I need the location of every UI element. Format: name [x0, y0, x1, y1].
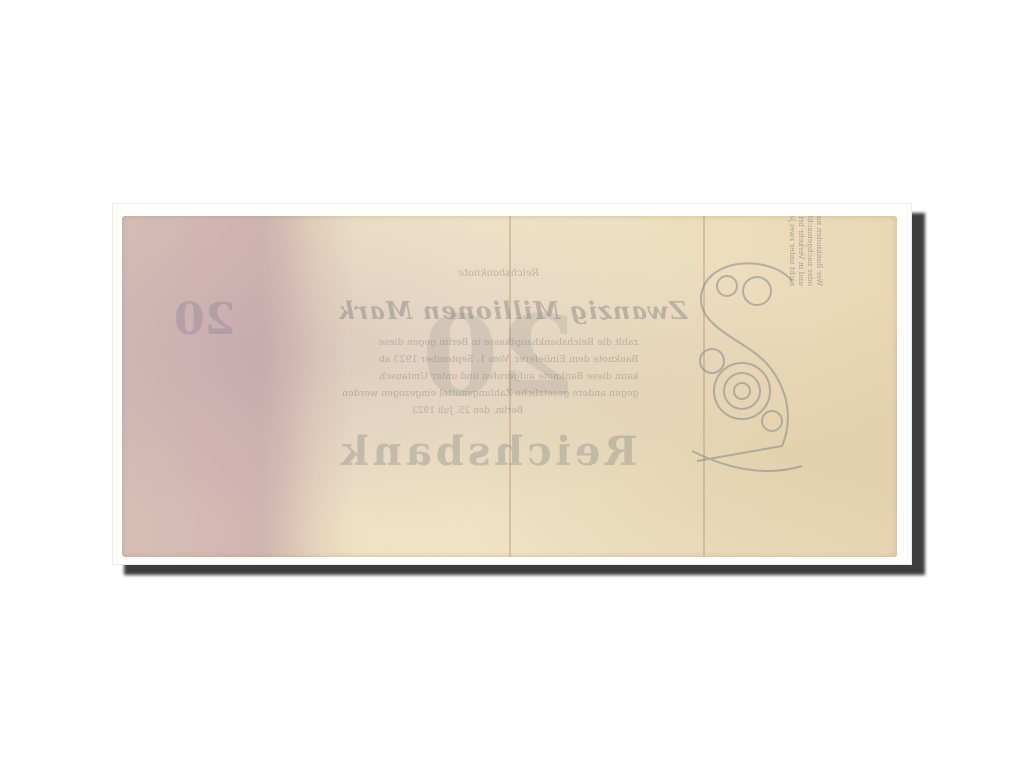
bleed-side-warning: Wer Banknoten nachmacht oder verfälscht … [788, 216, 824, 286]
bleed-body-text: zahlt die Reichsbankhauptkasse in Berlin… [342, 334, 639, 402]
bleed-date-line: Berlin, den 25. Juli 1923 [412, 406, 523, 416]
banknote: 20 20 Reichsbanknote Zwanzig Millionen M… [122, 216, 897, 557]
bleed-numeral-left: 20 [174, 294, 235, 345]
bleed-header: Reichsbanknote [458, 268, 539, 279]
bleed-title: Zwanzig Millionen Mark [337, 296, 687, 325]
bleed-bank-name: Reichsbank [337, 428, 638, 475]
